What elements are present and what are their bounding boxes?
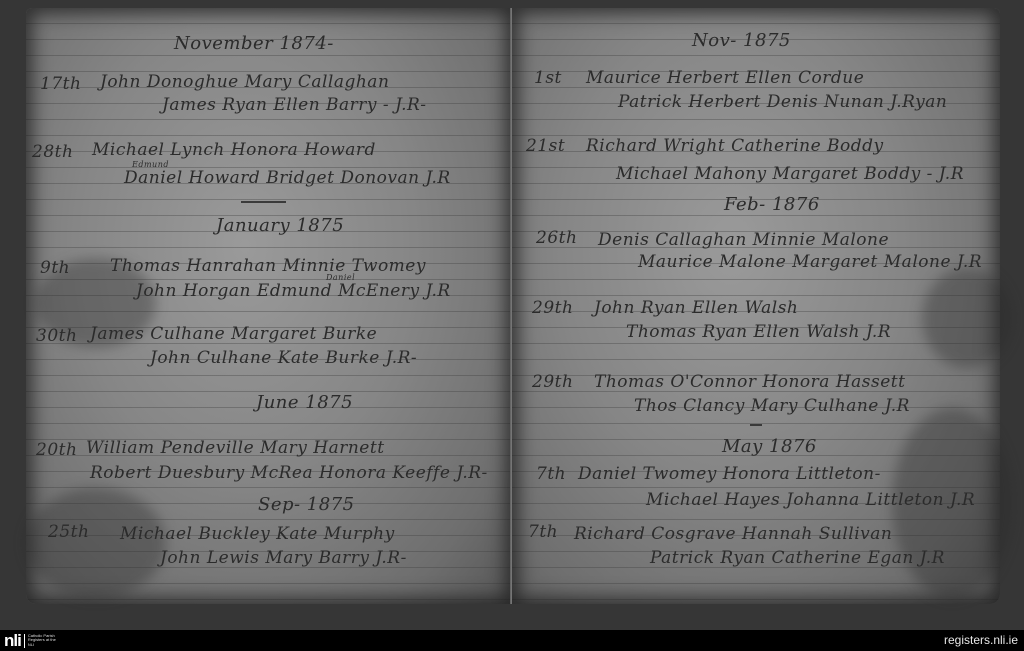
entry-line: Daniel Twomey Honora Littleton- (578, 464, 881, 484)
entry-line: Michael Mahony Margaret Boddy - J.R (616, 164, 964, 184)
entry-day: 1st (534, 68, 562, 88)
entry-line: Patrick Herbert Denis Nunan J.Ryan (618, 92, 947, 112)
logo-subtitle: Catholic Parish Registers at the NLI (28, 634, 56, 648)
month-heading: January 1875 (216, 215, 344, 236)
entry-day: 17th (40, 74, 81, 94)
entry-line: John Horgan Edmund McEnery J.R (136, 281, 451, 301)
stain (922, 268, 1012, 368)
footer-bar: nli Catholic Parish Registers at the NLI… (0, 630, 1024, 651)
entry-day: 29th (532, 372, 573, 392)
entry-line: Richard Cosgrave Hannah Sullivan (574, 524, 892, 544)
entry-line: Maurice Malone Margaret Malone J.R (638, 252, 982, 272)
month-heading: Feb- 1876 (724, 194, 820, 215)
entry-line: Maurice Herbert Ellen Cordue (586, 68, 864, 88)
entry-day: 28th (32, 142, 73, 162)
month-heading: May 1876 (722, 436, 817, 457)
month-heading: Nov- 1875 (692, 30, 791, 51)
entry-day: 20th (36, 440, 77, 460)
month-heading: Sep- 1875 (258, 494, 355, 515)
entry-line: Thomas Ryan Ellen Walsh J.R (626, 322, 891, 342)
nli-logo[interactable]: nli Catholic Parish Registers at the NLI (4, 632, 56, 649)
nli-logo-mark: nli (4, 632, 21, 649)
entry-line: John Donoghue Mary Callaghan (100, 72, 389, 92)
entry-line: William Pendeville Mary Harnett (86, 438, 385, 458)
month-heading: June 1875 (256, 392, 353, 413)
entry-line: Michael Hayes Johanna Littleton J.R (646, 490, 975, 510)
entry-line: Daniel Howard Bridget Donovan J.R (124, 168, 451, 188)
entry-day: 25th (48, 522, 89, 542)
entry-line: Michael Buckley Kate Murphy (120, 524, 395, 544)
section-divider (241, 201, 286, 203)
entry-line: John Lewis Mary Barry J.R- (160, 548, 407, 568)
entry-day: 21st (526, 136, 565, 156)
month-heading: November 1874- (174, 33, 334, 54)
entry-day: 7th (536, 464, 566, 484)
entry-day: 7th (528, 522, 558, 542)
entry-line: Michael Lynch Honora Howard (92, 140, 376, 160)
entry-day: 29th (532, 298, 573, 318)
site-url-link[interactable]: registers.nli.ie (944, 633, 1018, 647)
entry-day: 9th (40, 258, 70, 278)
entry-line: Thomas Hanrahan Minnie Twomey (110, 256, 426, 276)
entry-line: John Culhane Kate Burke J.R- (150, 348, 417, 368)
section-divider (750, 424, 762, 426)
entry-line: Richard Wright Catherine Boddy (586, 136, 884, 156)
entry-line: Denis Callaghan Minnie Malone (598, 230, 889, 250)
register-page-left: November 1874- 17th John Donoghue Mary C… (26, 8, 512, 604)
entry-line: Robert Duesbury McRea Honora Keeffe J.R- (90, 463, 488, 483)
logo-divider (24, 634, 25, 648)
entry-day: 26th (536, 228, 577, 248)
entry-line: James Culhane Margaret Burke (90, 324, 377, 344)
entry-line: Thos Clancy Mary Culhane J.R (634, 396, 910, 416)
entry-line: James Ryan Ellen Barry - J.R- (162, 95, 427, 115)
entry-line: Thomas O'Connor Honora Hassett (594, 372, 905, 392)
entry-line: Patrick Ryan Catherine Egan J.R (650, 548, 945, 568)
entry-day: 30th (36, 326, 77, 346)
register-page-right: Nov- 1875 1st Maurice Herbert Ellen Cord… (512, 8, 1000, 604)
image-viewer[interactable]: November 1874- 17th John Donoghue Mary C… (0, 0, 1024, 630)
entry-line: John Ryan Ellen Walsh (594, 298, 798, 318)
